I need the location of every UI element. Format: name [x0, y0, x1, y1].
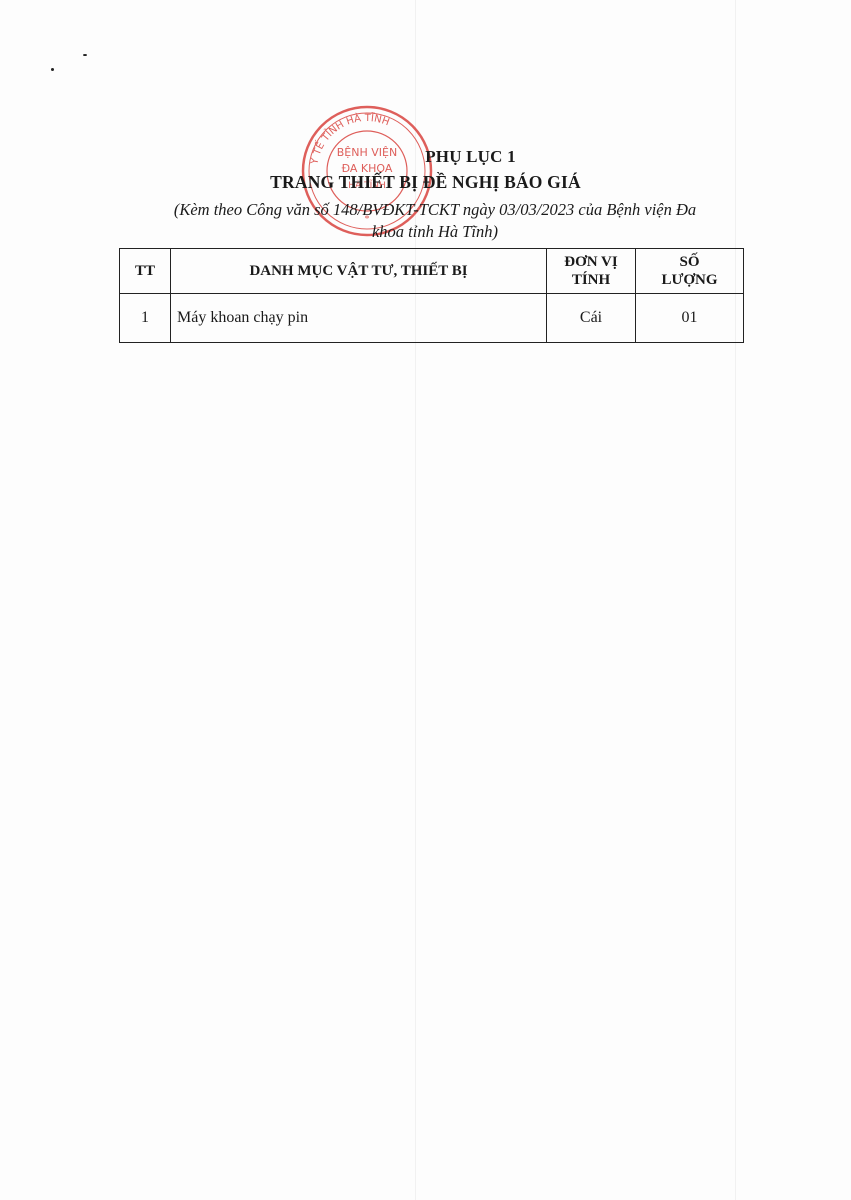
cell-qty: 01 — [636, 294, 744, 343]
equipment-table: TT DANH MỤC VẬT TƯ, THIẾT BỊ ĐƠN VỊ TÍNH… — [119, 248, 744, 343]
scan-speck — [51, 68, 54, 71]
reference-note: (Kèm theo Công văn số 148/BVĐKT-TCKT ngà… — [115, 199, 755, 243]
scan-speck — [83, 54, 87, 56]
reference-note-line-1: (Kèm theo Công văn số 148/BVĐKT-TCKT ngà… — [115, 199, 755, 221]
appendix-title: PHỤ LỤC 1 — [90, 147, 851, 167]
header-unit-line-2: TÍNH — [553, 271, 629, 289]
table-header-row: TT DANH MỤC VẬT TƯ, THIẾT BỊ ĐƠN VỊ TÍNH… — [120, 249, 744, 294]
header-unit-line-1: ĐƠN VỊ — [553, 253, 629, 271]
header-unit: ĐƠN VỊ TÍNH — [547, 249, 636, 294]
reference-note-line-2: khoa tỉnh Hà Tĩnh) — [115, 221, 755, 243]
page-heading: TRANG THIẾT BỊ ĐỀ NGHỊ BÁO GIÁ — [0, 172, 851, 193]
header-qty-line-2: LƯỢNG — [642, 271, 737, 289]
cell-tt: 1 — [120, 294, 171, 343]
header-tt: TT — [120, 249, 171, 294]
header-name: DANH MỤC VẬT TƯ, THIẾT BỊ — [171, 249, 547, 294]
cell-unit: Cái — [547, 294, 636, 343]
table-row: 1 Máy khoan chạy pin Cái 01 — [120, 294, 744, 343]
header-qty-line-1: SỐ — [642, 253, 737, 271]
header-qty: SỐ LƯỢNG — [636, 249, 744, 294]
cell-name: Máy khoan chạy pin — [171, 294, 547, 343]
